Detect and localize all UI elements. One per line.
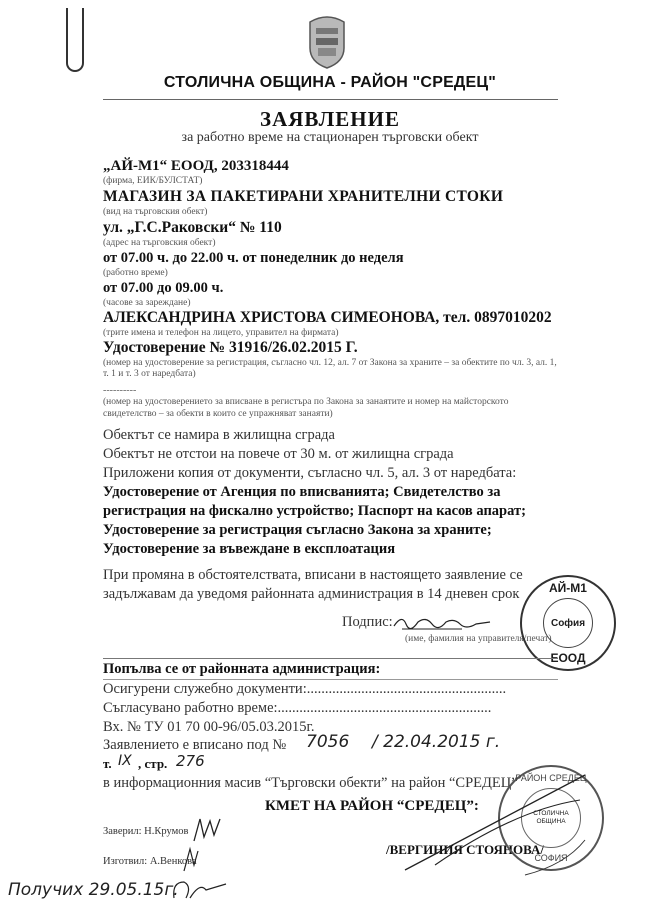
handwritten-receipt: Получих 29.05.15г. (8, 880, 179, 900)
page-value: 276 (176, 752, 205, 770)
admin-section-divider (103, 658, 558, 659)
attached-doc-line: Удостоверение за регистрация съгласно За… (103, 522, 492, 539)
verified-initials (190, 815, 226, 845)
admin-section-heading: Попълва се от районната администрация: (103, 661, 380, 678)
admin-row-incoming-number: Вх. № ТУ 01 70 00-96/05.03.2015г. (103, 719, 314, 736)
company-caption: (фирма, ЕИК/БУЛСТАТ) (103, 176, 202, 186)
company-stamp-top: АЙ-М1 (522, 581, 614, 595)
volume-value: IX (118, 753, 132, 769)
volume-label: т. (103, 756, 112, 772)
entry-number: 7056 (306, 732, 349, 752)
craft-field: ---------- (103, 385, 136, 396)
craft-caption-line-1: (номер на удостоверението за вписване в … (103, 397, 508, 407)
coat-of-arms-icon (306, 14, 348, 70)
handwritten-signature (392, 612, 492, 632)
certificate-caption: (номер на удостоверение за регистрация, … (103, 358, 558, 380)
attached-doc-line: регистрация на фискално устройство; Пасп… (103, 503, 526, 520)
receipt-signature (170, 876, 230, 904)
admin-heading-underline (103, 679, 558, 680)
loading-hours-field: от 07.00 до 09.00 ч. (103, 280, 223, 297)
signature-label: Подпис: (342, 614, 393, 631)
statement-residential-building: Обектът се намира в жилищна сграда (103, 427, 335, 444)
address-field: ул. „Г.С.Раковски“ № 110 (103, 219, 282, 237)
loading-hours-caption: (часове за зареждане) (103, 298, 191, 308)
company-stamp-center: София (551, 618, 585, 629)
obligation-line-2: задължавам да уведомя районната админист… (103, 586, 519, 603)
admin-row-working-time: Съгласувано работно време:..............… (103, 700, 491, 717)
entry-date: / 22.04.2015 г. (372, 732, 500, 752)
working-hours-field: от 07.00 ч. до 22.00 ч. от понеделник до… (103, 250, 404, 267)
address-caption: (адрес на търговския обект) (103, 238, 215, 248)
admin-row-documents: Осигурени служебно документи:...........… (103, 681, 506, 698)
certificate-field: Удостоверение № 31916/26.02.2015 Г. (103, 339, 358, 357)
manager-field: АЛЕКСАНДРИНА ХРИСТОВА СИМЕОНОВА, тел. 08… (103, 309, 552, 327)
mayor-signature (395, 770, 595, 880)
working-hours-caption: (работно време) (103, 268, 168, 278)
company-stamp: София АЙ-М1 ЕООД (520, 575, 616, 671)
header-divider (103, 99, 558, 100)
shop-type-caption: (вид на търговския обект) (103, 207, 207, 217)
document-subtitle: за работно време на стационарен търговск… (0, 130, 660, 146)
prepared-initials (180, 845, 202, 873)
document-title: ЗАЯВЛЕНИЕ (0, 107, 660, 132)
organization-header: СТОЛИЧНА ОБЩИНА - РАЙОН "СРЕДЕЦ" (0, 74, 660, 92)
statement-distance: Обектът не отстои на повече от 30 м. от … (103, 446, 454, 463)
attached-doc-line: Удостоверение за въвеждане в експлоатаци… (103, 541, 395, 558)
craft-caption-line-2: свидетелство – за обекти в които се упра… (103, 409, 333, 419)
manager-caption: (трите имена и телефон на лицето, управи… (103, 328, 339, 338)
page-label: , стр. (138, 756, 167, 772)
verified-by: Заверил: Н.Крумов (103, 826, 188, 837)
attached-doc-line: Удостоверение от Агенция по вписванията;… (103, 484, 500, 501)
statement-attachments: Приложени копия от документи, съгласно ч… (103, 465, 516, 482)
company-field: „АЙ-М1“ ЕООД, 203318444 (103, 158, 289, 175)
obligation-line-1: При промяна в обстоятелствата, вписани в… (103, 567, 523, 584)
paperclip-mark (66, 8, 84, 72)
shop-type-field: МАГАЗИН ЗА ПАКЕТИРАНИ ХРАНИТЕЛНИ СТОКИ (103, 188, 503, 206)
